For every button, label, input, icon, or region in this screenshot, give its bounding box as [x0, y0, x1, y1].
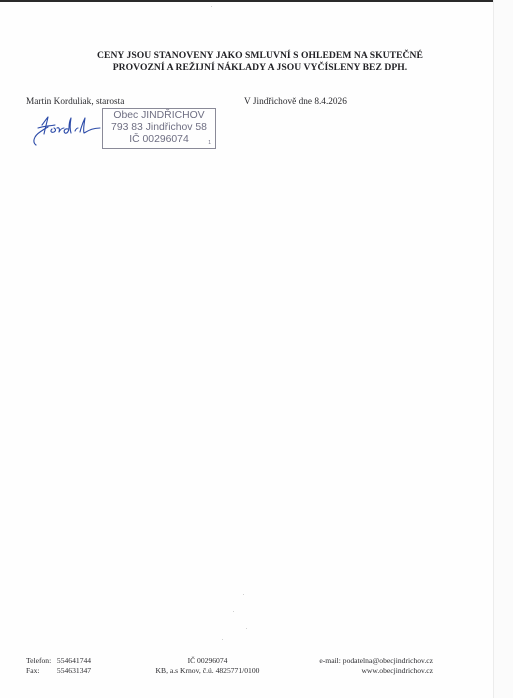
scan-right-margin	[494, 0, 513, 698]
footer-phone: Telefon: 554641744	[26, 656, 91, 666]
footer-online: e-mail: podatelna@obecjindrichov.cz www.…	[270, 656, 433, 675]
footer-email: e-mail: podatelna@obecjindrichov.cz	[270, 656, 433, 666]
fax-label: Fax:	[26, 666, 55, 676]
price-notice-heading: CENY JSOU STANOVENY JAKO SMLUVNÍ S OHLED…	[60, 50, 460, 73]
place-and-date: V Jindřichově dne 8.4.2026	[244, 97, 347, 107]
footer-ic: IČ 00296074	[150, 656, 265, 666]
heading-line-2: PROVOZNÍ A REŽIJNÍ NÁKLADY A JSOU VYČÍSL…	[60, 62, 460, 74]
scan-speck	[243, 594, 244, 595]
municipal-stamp: Obec JINDŘICHOV 793 83 Jindřichov 58 IČ …	[102, 108, 216, 149]
scan-speck	[233, 611, 234, 612]
document-page: CENY JSOU STANOVENY JAKO SMLUVNÍ S OHLED…	[0, 0, 513, 698]
fax-number: 554631347	[57, 666, 91, 675]
scan-top-edge	[0, 0, 513, 2]
scan-speck	[222, 639, 223, 640]
stamp-line-name: Obec JINDŘICHOV	[103, 110, 215, 122]
stamp-mark: 1	[208, 141, 211, 146]
footer-web: www.obecjindrichov.cz	[270, 666, 433, 676]
footer-bank: KB, a.s Krnov, č.ú. 4825771/0100	[150, 666, 265, 676]
footer-registration: IČ 00296074 KB, a.s Krnov, č.ú. 4825771/…	[150, 656, 265, 675]
scan-speck	[211, 6, 212, 7]
signer-name: Martin Korduliak, starosta	[26, 97, 124, 107]
signature-icon	[28, 112, 103, 148]
footer-contact: Telefon: 554641744 Fax: 554631347	[26, 656, 91, 675]
footer-fax: Fax: 554631347	[26, 666, 91, 676]
stamp-line-address: 793 83 Jindřichov 58	[103, 122, 215, 134]
scan-right-edge	[493, 0, 494, 698]
phone-label: Telefon:	[26, 656, 55, 666]
stamp-line-ic: IČ 00296074	[103, 134, 215, 146]
heading-line-1: CENY JSOU STANOVENY JAKO SMLUVNÍ S OHLED…	[60, 50, 460, 62]
scan-speck	[246, 628, 247, 629]
phone-number: 554641744	[57, 656, 91, 665]
